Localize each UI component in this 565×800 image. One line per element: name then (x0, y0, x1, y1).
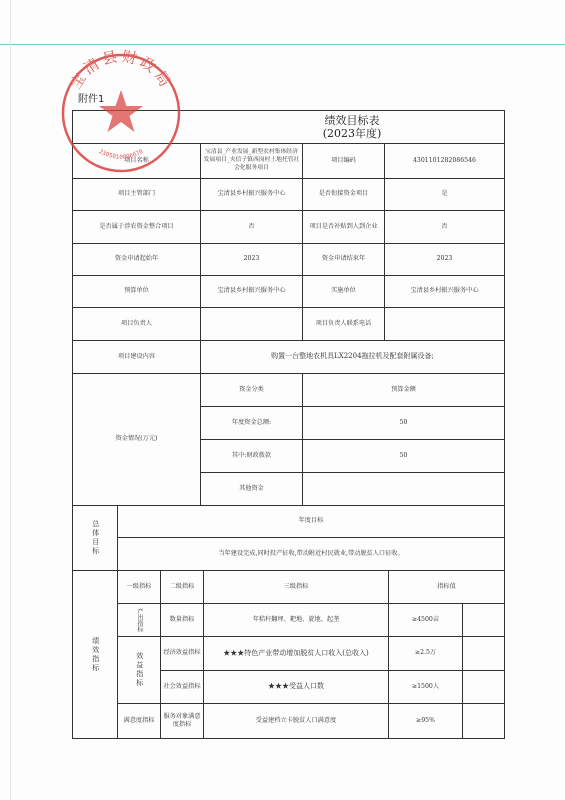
content-label: 项目建设内容 (72, 340, 201, 374)
indicator-level2: 数量指标 (160, 603, 204, 637)
funds-header-amount: 预算金额 (302, 373, 505, 407)
indicators-label: 绩效指标 (72, 570, 118, 739)
project-code-label: 项目编码 (302, 143, 385, 179)
attachment-label: 附件1 (78, 90, 104, 105)
indicator-extra (462, 703, 505, 739)
scan-left-edge (10, 0, 11, 800)
indicator-level1: 满意度指标 (117, 703, 161, 739)
indicator-level1: 产出指标 (117, 603, 161, 637)
impl-unit-value: 宝清县乡村振兴服务中心 (384, 275, 505, 308)
budget-unit-label: 预算单位 (72, 275, 201, 308)
agri-integration-value: 否 (200, 210, 303, 244)
start-year-label: 资金申请起始年 (72, 243, 201, 276)
project-name-label: 项目名称 (72, 143, 201, 179)
funds-row-label: 其中:财政拨款 (200, 439, 303, 473)
start-year-value: 2023 (200, 243, 303, 276)
form-title: 绩效目标表 (2023年度) (200, 110, 505, 144)
funds-row-value: 50 (302, 406, 505, 440)
indicator-level3: 受益建档立卡脱贫人口满意度 (203, 703, 389, 739)
funds-row-value: 50 (302, 439, 505, 473)
indicator-value: ≥4500亩 (388, 603, 463, 637)
indicator-extra (462, 603, 505, 637)
dept-value: 宝清县乡村振兴服务中心 (200, 178, 303, 211)
indicator-level2: 服务对象满意度指标 (160, 703, 204, 739)
end-year-label: 资金申请结束年 (302, 243, 385, 276)
indicator-extra (462, 636, 505, 671)
overall-goal-text: 当年建设完成,同时投产征收,带动附近村民就业,带动脱贫人口征收。 (117, 537, 505, 571)
impl-unit-label: 实施单位 (302, 275, 385, 308)
indicator-value: ≥95% (388, 703, 463, 739)
header-level2: 二级指标 (160, 570, 204, 604)
dept-label: 项目主管部门 (72, 178, 201, 211)
indicator-level2: 经济效益指标 (160, 636, 204, 671)
subsidy-value: 否 (384, 210, 505, 244)
indicator-extra (462, 670, 505, 704)
content-value: 购置一台整地农机具LX2204拖拉机及配套附属设备; (200, 340, 505, 374)
leader-phone-label: 项目负责人联系电话 (302, 307, 385, 341)
indicator-level2: 社会效益指标 (160, 670, 204, 704)
title-sub: (2023年度) (323, 127, 382, 140)
header-level3: 三级指标 (203, 570, 389, 604)
indicator-level3: ★★★特色产业带动增加脱贫人口收入(总收入) (203, 636, 389, 671)
funds-label: 资金情况(万元) (72, 373, 201, 506)
leader-phone-value (384, 307, 505, 341)
indicator-value: ≥2.5万 (388, 636, 463, 671)
subsidy-label: 项目是否补贴到人到企业 (302, 210, 385, 244)
scan-edge-line (0, 44, 565, 45)
linked-fund-label: 是否衔接资金项目 (302, 178, 385, 211)
leader-value (200, 307, 303, 341)
title-main: 绩效目标表 (325, 114, 380, 127)
project-code-value: 4301101282086546 (384, 143, 505, 179)
project-name-value: 宝清县_产业发展_新型农村集体经济发展项目_夹信子镇西岗村土地托管社会化服务项目 (200, 143, 303, 179)
funds-row-label: 年度资金总额: (200, 406, 303, 440)
indicator-level1: 效益指标 (117, 636, 161, 704)
funds-header-category: 资金分类 (200, 373, 303, 407)
budget-unit-value: 宝清县乡村振兴服务中心 (200, 275, 303, 308)
title-left-blank (72, 110, 201, 144)
stamp-text: 宝清县财政局 (66, 48, 175, 92)
overall-goal-label: 总体目标 (72, 505, 118, 571)
funds-row-label: 其他资金 (200, 472, 303, 506)
leader-label: 项目负责人 (72, 307, 201, 341)
indicator-level3: ★★★受益人口数 (203, 670, 389, 704)
linked-fund-value: 是 (384, 178, 505, 211)
svg-text:宝清县财政局: 宝清县财政局 (66, 48, 175, 92)
header-level1: 一级指标 (117, 570, 161, 604)
end-year-value: 2023 (384, 243, 505, 276)
indicator-level3: 年秸秆翻埋、耙地、旋地、起垄 (203, 603, 389, 637)
overall-goal-header: 年度目标 (117, 505, 505, 538)
header-value: 指标值 (388, 570, 505, 604)
funds-row-value (302, 472, 505, 506)
agri-integration-label: 是否属于涉农资金整合项目 (72, 210, 201, 244)
indicator-value: ≥1500人 (388, 670, 463, 704)
